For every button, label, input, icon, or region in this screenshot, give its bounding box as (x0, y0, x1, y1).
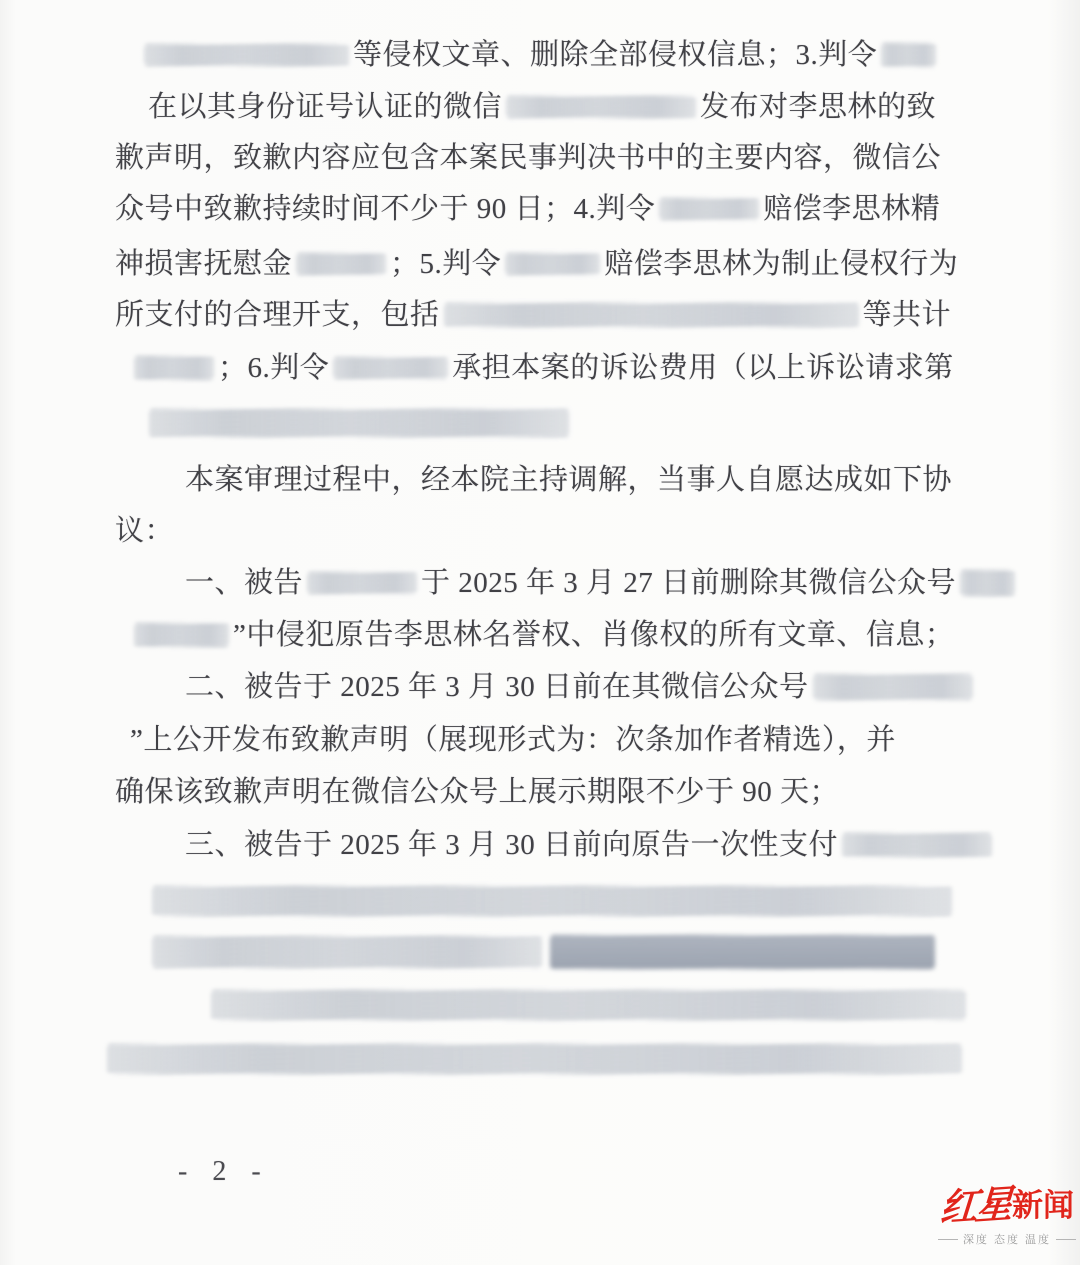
redacted-text (152, 886, 952, 916)
redacted-text (296, 253, 386, 275)
text-run: ；5.判令 (390, 247, 501, 281)
redacted-text (881, 43, 936, 67)
document-line: ”上公开发布致歉声明（展现形式为：次条加作者精选），并 (130, 721, 962, 757)
redacted-text (333, 357, 448, 379)
text-run: ；6.判令 (218, 351, 329, 385)
document-line: 众号中致歉持续时间不少于 90 日；4.判令赔偿李思林精 (115, 190, 947, 226)
logo-tagline: 深度 态度 温度 (938, 1231, 1076, 1247)
text-run: 确保该致歉声明在微信公众号上展示期限不少于 90 天； (115, 775, 839, 809)
document-line: ；6.判令承担本案的诉讼费用（以上诉讼请求第 (130, 349, 962, 385)
redacted-text (134, 356, 214, 380)
text-run: 神损害抚慰金 (115, 247, 292, 281)
document-line: 歉声明，致歉内容应包含本案民事判决书中的主要内容，微信公 (115, 139, 947, 175)
redacted-text (107, 1044, 962, 1074)
text-run: 二、被告于 2025 年 3 月 30 日前在其微信公众号 (185, 670, 809, 704)
text-run: 发布对李思林的致 (700, 90, 936, 124)
page-number: - 2 - (178, 1156, 270, 1188)
text-run: 一、被告 (185, 566, 303, 600)
document-line: 确保该致歉声明在微信公众号上展示期限不少于 90 天； (115, 773, 947, 809)
text-run: 本案审理过程中，经本院主持调解，当事人自愿达成如下协 (185, 463, 952, 497)
text-run: ”上公开发布致歉声明（展现形式为：次条加作者精选），并 (130, 723, 896, 757)
redacted-text (960, 570, 1015, 596)
document-line (148, 933, 980, 969)
redacted-text (813, 674, 973, 700)
redacted-text (134, 623, 229, 647)
redacted-text (211, 990, 966, 1020)
text-run: 在以其身份证号认证的微信 (148, 90, 502, 124)
text-run: 等侵权文章、删除全部侵权信息；3.判令 (353, 38, 877, 72)
document-line: 二、被告于 2025 年 3 月 30 日前在其微信公众号 (185, 668, 1017, 704)
text-run: 等共计 (863, 298, 952, 332)
logo-block-text: 新闻 (1012, 1190, 1074, 1221)
redacted-text (842, 833, 992, 857)
redacted-text (444, 303, 859, 327)
text-run: 赔偿李思林精 (763, 192, 940, 226)
text-run: 于 2025 年 3 月 27 日前删除其微信公众号 (421, 566, 956, 600)
redstar-news-logo: 红星新闻 深度 态度 温度 (938, 1188, 1076, 1247)
tagline-text: 深度 态度 温度 (963, 1231, 1051, 1247)
document-line: ”中侵犯原告李思林名誉权、肖像权的所有文章、信息； (130, 616, 962, 652)
document-line: 神损害抚慰金；5.判令赔偿李思林为制止侵权行为 (115, 245, 947, 281)
redacted-text (307, 572, 417, 594)
document-line: 所支付的合理开支，包括等共计 (115, 296, 947, 332)
text-run: 议： (115, 514, 174, 548)
document-line: 一、被告于 2025 年 3 月 27 日前删除其微信公众号 (185, 564, 1017, 600)
document-line: 本案审理过程中，经本院主持调解，当事人自愿达成如下协 (185, 461, 1017, 497)
text-run: 赔偿李思林为制止侵权行为 (604, 247, 958, 281)
text-run: 众号中致歉持续时间不少于 90 日；4.判令 (115, 192, 655, 226)
redacted-text (506, 96, 696, 118)
text-run: ”中侵犯原告李思林名誉权、肖像权的所有文章、信息； (233, 618, 954, 652)
logo-script-text: 红星 (939, 1185, 1012, 1228)
redacted-text (149, 409, 569, 437)
redacted-text (659, 198, 759, 220)
document-line (103, 1040, 935, 1074)
document-line: 议： (115, 512, 947, 548)
document-line (145, 404, 977, 438)
document-line: 等侵权文章、删除全部侵权信息；3.判令 (140, 36, 972, 72)
document-line: 三、被告于 2025 年 3 月 30 日前向原告一次性支付 (185, 826, 1017, 862)
document-line (207, 986, 1039, 1020)
redacted-text (505, 253, 600, 275)
document-line: 在以其身份证号认证的微信发布对李思林的致 (148, 88, 980, 124)
redstar-news-wordmark: 红星新闻 (938, 1188, 1076, 1226)
tagline-left-rule (938, 1239, 958, 1240)
text-run: 所支付的合理开支，包括 (115, 298, 440, 332)
document-line (148, 882, 980, 916)
scanned-document-page: 等侵权文章、删除全部侵权信息；3.判令在以其身份证号认证的微信发布对李思林的致歉… (0, 0, 1080, 1265)
redacted-text (550, 935, 935, 969)
redacted-text (144, 44, 349, 66)
text-run: 歉声明，致歉内容应包含本案民事判决书中的主要内容，微信公 (115, 141, 941, 175)
redacted-text (152, 936, 542, 968)
text-run: 承担本案的诉讼费用（以上诉讼请求第 (452, 351, 954, 385)
text-run: 三、被告于 2025 年 3 月 30 日前向原告一次性支付 (185, 828, 838, 862)
tagline-right-rule (1056, 1239, 1076, 1240)
